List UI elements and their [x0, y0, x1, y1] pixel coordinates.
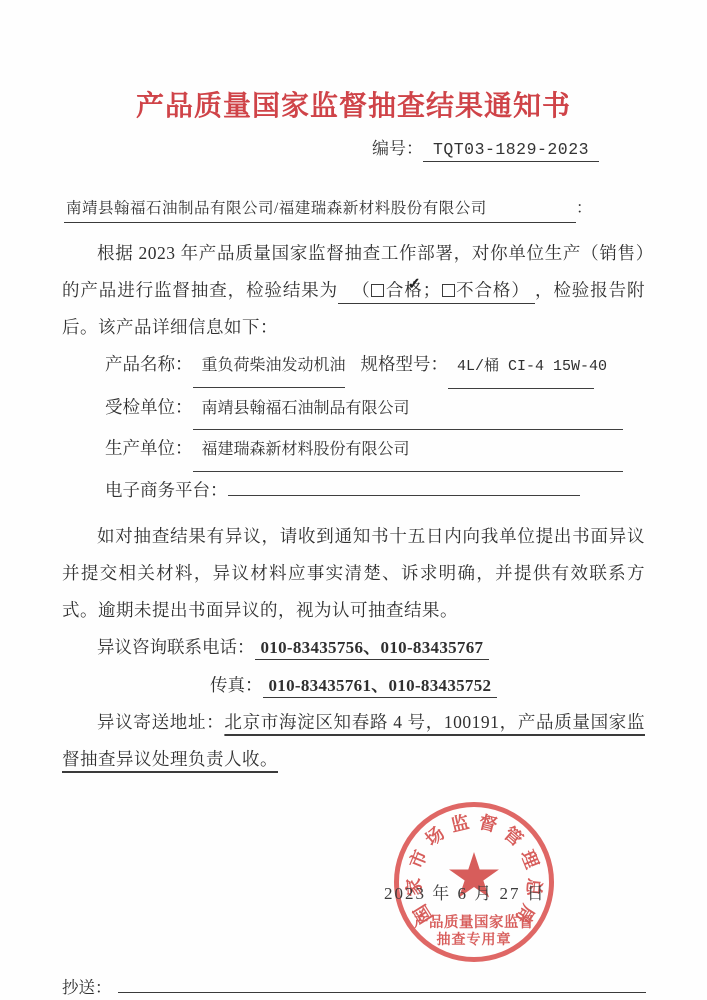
phone-label: 异议咨询联系电话： — [97, 637, 255, 657]
document-number: TQT03-1829-2023 — [423, 140, 599, 162]
result-options: （✓合格；不合格） — [338, 280, 535, 304]
field-row-product: 产品名称：重负荷柴油发动机油规格型号：4L/桶 CI-4 15W-40 — [105, 346, 645, 389]
product-name-label: 产品名称： — [105, 354, 193, 374]
cc-value-blank — [118, 990, 646, 993]
check-mark-icon: ✓ — [372, 277, 421, 293]
cc-label: 抄送： — [62, 978, 112, 997]
producer-label: 生产单位： — [105, 438, 193, 458]
objection-mailing-address: 异议寄送地址：北京市海淀区知春路 4 号，100191，产品质量国家监督抽查异议… — [62, 704, 645, 778]
document-number-label: 编号： — [372, 139, 423, 158]
field-row-ecommerce: 电子商务平台： — [105, 472, 645, 509]
paragraph-objection-instructions: 如对抽查结果有异议，请收到通知书十五日内向我单位提出书面异议并提交相关材料，异议… — [62, 518, 645, 629]
ecommerce-label: 电子商务平台： — [105, 480, 228, 500]
fax-line: 传真：010-83435761、010-83435752 — [210, 667, 645, 705]
address-label: 异议寄送地址： — [97, 712, 224, 732]
addressee-line: 南靖县翰福石油制品有限公司/福建瑞森新材料股份有限公司： — [62, 195, 645, 223]
phone-numbers: 010-83435756、010-83435767 — [255, 638, 490, 660]
ecommerce-value-blank — [228, 493, 580, 496]
paragraph-inspection-result: 根据 2023 年产品质量国家监督抽查工作部署，对你单位生产（销售）的产品进行监… — [62, 235, 645, 346]
checkbox-fail-unchecked — [442, 284, 455, 297]
objection-phone-line: 异议咨询联系电话：010-83435756、010-83435767 — [97, 629, 645, 667]
notice-document: 产品质量国家监督抽查结果通知书 编号：TQT03-1829-2023 南靖县翰福… — [0, 0, 707, 1000]
page-title: 产品质量国家监督抽查结果通知书 — [62, 0, 645, 124]
inspected-unit-label: 受检单位： — [105, 397, 193, 417]
fax-numbers: 010-83435761、010-83435752 — [263, 676, 498, 698]
product-name-value: 重负荷柴油发动机油 — [193, 348, 345, 388]
field-row-producer: 生产单位：福建瑞森新材料股份有限公司 — [105, 430, 645, 472]
addressee-name: 南靖县翰福石油制品有限公司/福建瑞森新材料股份有限公司 — [64, 196, 576, 223]
field-row-inspected-unit: 受检单位：南靖县翰福石油制品有限公司 — [105, 389, 645, 431]
fax-label: 传真： — [210, 675, 263, 695]
spec-label: 规格型号： — [361, 354, 449, 374]
document-number-line: 编号：TQT03-1829-2023 — [62, 134, 645, 162]
spec-value: 4L/桶 CI-4 15W-40 — [448, 349, 594, 389]
cc-line: 抄送： — [62, 974, 645, 998]
result-fail-label: 不合格） — [456, 280, 521, 300]
result-open-paren: （ — [352, 280, 370, 300]
inspected-unit-value: 南靖县翰福石油制品有限公司 — [193, 391, 623, 431]
checkbox-pass-checked: ✓ — [371, 284, 384, 297]
issue-date: 2023 年 6 月 27 日 — [384, 879, 546, 904]
producer-value: 福建瑞森新材料股份有限公司 — [193, 432, 623, 472]
seal-text-line2: 抽查专用章 — [399, 929, 549, 949]
stamp-and-date-area: 国家市场监督管理总局 产品质量国家监督 抽查专用章 2023 年 6 月 27 … — [62, 786, 645, 971]
addressee-colon: ： — [576, 200, 592, 217]
